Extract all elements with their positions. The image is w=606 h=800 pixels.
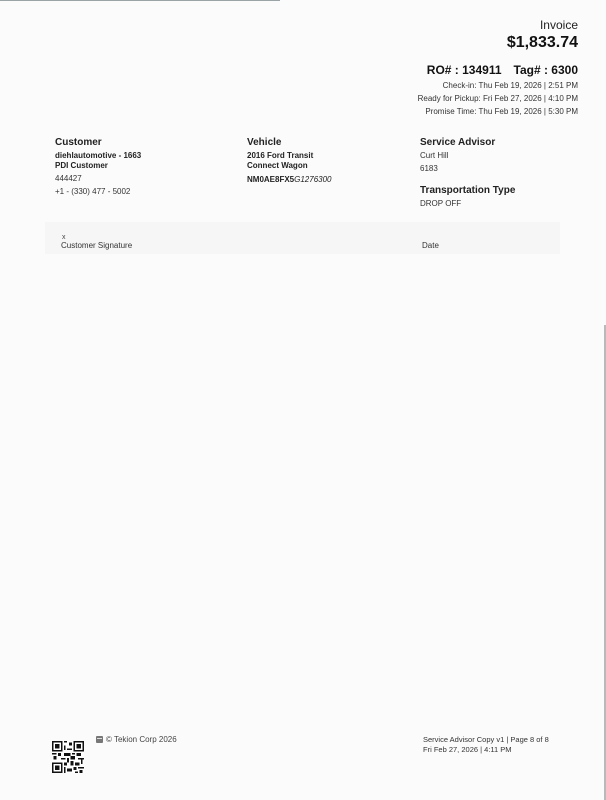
qr-code-icon [52, 741, 84, 773]
vin-suffix: G1276300 [294, 175, 331, 184]
ro-tag-line: RO# : 134911Tag# : 6300 [418, 63, 578, 77]
customer-type: PDI Customer [55, 161, 141, 171]
signature-x-mark: x [62, 234, 66, 241]
service-advisor-id: 6183 [420, 164, 515, 174]
ro-number: RO# : 134911 [427, 63, 502, 77]
customer-id: 444427 [55, 174, 141, 184]
copy-page-info: Service Advisor Copy v1 | Page 8 of 8 [423, 735, 549, 745]
vehicle-title: Vehicle [247, 137, 332, 148]
transportation-value: DROP OFF [420, 199, 515, 209]
vehicle-vin: NM0AE8FX5G1276300 [247, 175, 332, 185]
scan-edge-top [0, 0, 280, 1]
invoice-amount: $1,833.74 [418, 34, 578, 52]
service-advisor-title: Service Advisor [420, 137, 515, 148]
tag-number: Tag# : 6300 [514, 63, 578, 77]
ready-for-pickup-time: Ready for Pickup: Fri Feb 27, 2026 | 4:1… [418, 92, 578, 105]
vehicle-model-line1: 2016 Ford Transit [247, 151, 332, 161]
copyright-text: © Tekion Corp 2026 [106, 735, 177, 744]
check-in-time: Check-in: Thu Feb 19, 2026 | 2:51 PM [418, 79, 578, 92]
service-advisor-name: Curt Hill [420, 151, 515, 161]
vin-prefix: NM0AE8FX5 [247, 175, 294, 184]
tekion-logo-icon [96, 736, 103, 743]
customer-title: Customer [55, 137, 141, 148]
customer-section: Customer diehlautomotive - 1663 PDI Cust… [55, 137, 141, 197]
footer-copyright: © Tekion Corp 2026 [96, 735, 177, 744]
transportation-title: Transportation Type [420, 185, 515, 196]
service-advisor-section: Service Advisor Curt Hill 6183 Transport… [420, 137, 515, 209]
date-label: Date [422, 241, 439, 250]
customer-phone: +1 - (330) 477 - 5002 [55, 187, 141, 197]
vehicle-model-line2: Connect Wagon [247, 161, 332, 171]
customer-signature-label: Customer Signature [61, 241, 132, 250]
footer-copy-info: Service Advisor Copy v1 | Page 8 of 8 Fr… [423, 735, 549, 755]
invoice-header: Invoice $1,833.74 RO# : 134911Tag# : 630… [418, 18, 578, 118]
vehicle-section: Vehicle 2016 Ford Transit Connect Wagon … [247, 137, 332, 185]
printed-timestamp: Fri Feb 27, 2026 | 4:11 PM [423, 745, 549, 755]
promise-time: Promise Time: Thu Feb 19, 2026 | 5:30 PM [418, 105, 578, 118]
customer-name: diehlautomotive - 1663 [55, 151, 141, 161]
invoice-title: Invoice [418, 18, 578, 32]
